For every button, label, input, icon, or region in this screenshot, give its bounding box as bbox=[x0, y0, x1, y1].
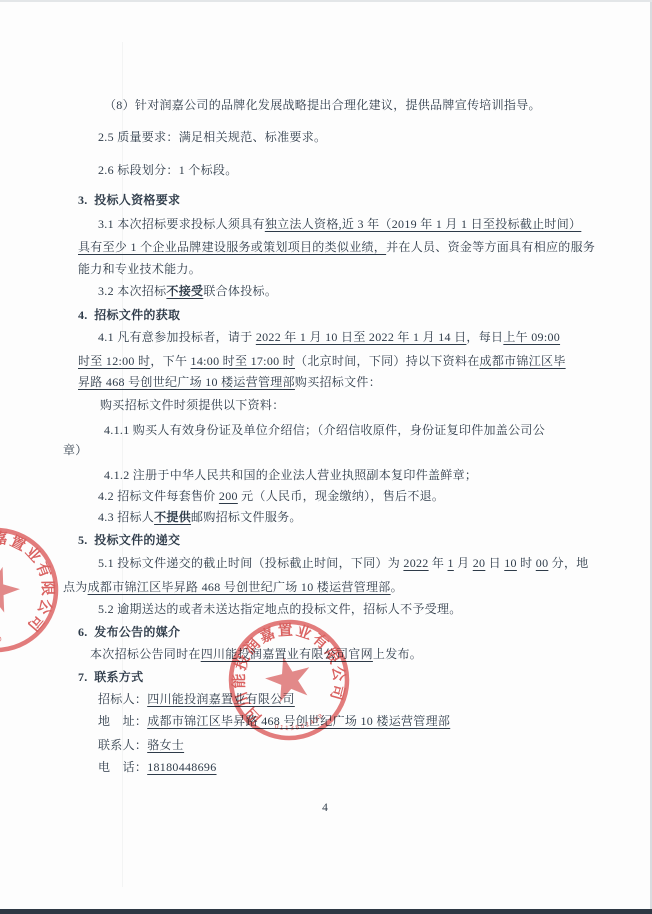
text-run: 招标人： bbox=[98, 692, 147, 706]
text-run: 2022 bbox=[403, 556, 428, 570]
scan-edge-bottom bbox=[0, 909, 652, 914]
text-line-12: 购买招标文件时须提供以下资料： bbox=[100, 397, 285, 413]
text-run: 5.1 投标文件递交的截止时间（投标截止时间，下同）为 bbox=[98, 556, 403, 570]
text-run: 时至 12:00 时 bbox=[78, 354, 150, 368]
text-line-17: 4.3 招标人不提供邮购招标文件服务。 bbox=[98, 509, 302, 525]
text-line-9: 4.1 凡有意参加投标者，请于 2022 年 1 月 10 日至 2022 年 … bbox=[98, 329, 560, 345]
text-run: 独立法人资格,近 3 年（2019 年 1 月 1 日至投标截止时间） bbox=[265, 217, 582, 231]
text-run: 3. 投标人资格要求 bbox=[78, 193, 180, 207]
page-number: 4 bbox=[300, 802, 350, 814]
text-run: 4.3 招标人 bbox=[98, 510, 154, 524]
star-icon bbox=[261, 651, 316, 704]
text-run: ，下午 bbox=[150, 354, 190, 368]
text-run: 200 bbox=[219, 489, 238, 503]
text-run: 上发布。 bbox=[373, 647, 422, 661]
text-line-2: 2.6 标段划分：1 个标段。 bbox=[98, 162, 238, 178]
svg-text:15024380: 15024380 bbox=[0, 625, 5, 648]
text-run: 骆女士 bbox=[147, 738, 184, 752]
text-run: 5. 投标文件的递交 bbox=[78, 533, 180, 547]
text-run: 3.2 本次招标 bbox=[98, 284, 166, 298]
text-run: 时 bbox=[517, 556, 536, 570]
text-run: 联系人： bbox=[98, 738, 147, 752]
text-run: 昇路 468 号创世纪广场 10 楼运营管理部 bbox=[78, 375, 295, 389]
text-run: 20 bbox=[473, 556, 486, 570]
text-run: 2.6 标段划分：1 个标段。 bbox=[98, 163, 238, 177]
text-line-16: 4.2 招标文件每套售价 200 元（人民币，现金缴纳），售后不退。 bbox=[98, 488, 444, 504]
text-line-18: 5. 投标文件的递交 bbox=[78, 532, 180, 548]
text-run: 00 bbox=[536, 556, 549, 570]
text-run: 10 bbox=[504, 556, 517, 570]
text-run: 4.1.1 购买人有效身份证及单位介绍信；（介绍信收原件，身份证复印件加盖公司公 bbox=[104, 423, 545, 437]
text-run: 4.1.2 注册于中华人民共和国的企业法人营业执照副本复印件盖鲜章； bbox=[104, 468, 477, 482]
text-run: 地 址： bbox=[98, 714, 147, 728]
text-run: 日 bbox=[485, 556, 504, 570]
text-run: 。 bbox=[391, 580, 403, 594]
text-line-6: 能力和专业技术能力。 bbox=[78, 261, 201, 277]
text-run: 4.1 凡有意参加投标者，请于 bbox=[98, 330, 256, 344]
text-line-19: 5.1 投标文件递交的截止时间（投标截止时间，下同）为 2022 年 1 月 2… bbox=[98, 555, 589, 571]
text-line-15: 4.1.2 注册于中华人民共和国的企业法人营业执照副本复印件盖鲜章； bbox=[104, 467, 477, 483]
text-line-5: 具有至少 1 个企业品牌建设服务或策划项目的类似业绩，并在人员、资金等方面具有相… bbox=[78, 239, 595, 255]
text-line-24: 7. 联系方式 bbox=[78, 669, 143, 685]
text-run: 4.2 招标文件每套售价 bbox=[98, 489, 219, 503]
text-run: 并在人员、资金等方面具有相应的服务 bbox=[386, 240, 595, 254]
text-run: 14:00 时至 17:00 时 bbox=[191, 354, 295, 368]
text-line-8: 4. 招标文件的获取 bbox=[78, 307, 180, 323]
text-run: 不提供 bbox=[154, 510, 191, 524]
scanned-page: （8）针对润嘉公司的品牌化发展战略提出合理化建议，提供品牌宣传培训指导。2.5 … bbox=[0, 0, 652, 914]
text-line-13: 4.1.1 购买人有效身份证及单位介绍信；（介绍信收原件，身份证复印件加盖公司公 bbox=[104, 422, 545, 438]
text-run: 不接受 bbox=[166, 284, 203, 298]
text-run: 具有至少 1 个企业品牌建设服务或策划项目的类似业绩， bbox=[78, 240, 386, 254]
text-run: 月 bbox=[454, 556, 473, 570]
text-run: 18180448696 bbox=[147, 760, 216, 774]
text-line-3: 3. 投标人资格要求 bbox=[78, 192, 180, 208]
text-line-28: 电 话：18180448696 bbox=[98, 759, 217, 775]
text-line-10: 时至 12:00 时，下午 14:00 时至 17:00 时（北京时间，下同）持… bbox=[78, 353, 566, 369]
text-run: 6. 发布公告的媒介 bbox=[78, 625, 180, 639]
text-run: ，每日 bbox=[466, 330, 503, 344]
text-run: 邮购招标文件服务。 bbox=[191, 510, 302, 524]
text-run: 章） bbox=[63, 443, 88, 457]
text-line-11: 昇路 468 号创世纪广场 10 楼运营管理部购买招标文件： bbox=[78, 374, 381, 390]
text-run: 元（人民币，现金缴纳），售后不退。 bbox=[238, 489, 444, 503]
text-run: 联合体投标。 bbox=[203, 284, 277, 298]
svg-text:0113802438: 0113802438 bbox=[272, 711, 327, 737]
text-run: 4. 招标文件的获取 bbox=[78, 308, 180, 322]
text-line-14: 章） bbox=[63, 442, 88, 458]
text-run: （北京时间，下同）持以下资料在 bbox=[295, 354, 480, 368]
text-run: 上午 09:00 bbox=[503, 330, 560, 344]
text-run: 2.5 质量要求：满足相关规范、标准要求。 bbox=[98, 130, 326, 144]
star-icon bbox=[0, 561, 25, 615]
text-run: 购买招标文件时须提供以下资料： bbox=[100, 398, 285, 412]
text-layer: （8）针对润嘉公司的品牌化发展战略提出合理化建议，提供品牌宣传培训指导。2.5 … bbox=[0, 2, 652, 914]
text-run: （8）针对润嘉公司的品牌化发展战略提出合理化建议，提供品牌宣传培训指导。 bbox=[104, 98, 541, 112]
text-line-20: 点为成都市锦江区毕昇路 468 号创世纪广场 10 楼运营管理部。 bbox=[63, 579, 403, 595]
text-run: 购买招标文件： bbox=[295, 375, 381, 389]
text-line-7: 3.2 本次招标不接受联合体投标。 bbox=[98, 283, 277, 299]
text-run: 成都市锦江区毕昇路 468 号创世纪广场 10 楼运营管理部 bbox=[88, 580, 391, 594]
text-line-1: 2.5 质量要求：满足相关规范、标准要求。 bbox=[98, 129, 326, 145]
text-line-0: （8）针对润嘉公司的品牌化发展战略提出合理化建议，提供品牌宣传培训指导。 bbox=[104, 97, 541, 113]
text-run: 年 bbox=[429, 556, 448, 570]
text-run: 本次招标公告同时在 bbox=[90, 647, 201, 661]
text-line-27: 联系人：骆女士 bbox=[98, 737, 184, 753]
text-line-4: 3.1 本次招标要求投标人须具有独立法人资格,近 3 年（2019 年 1 月 … bbox=[98, 216, 581, 232]
seal-serial-text: 0113802438 bbox=[272, 711, 327, 737]
text-run: 能力和专业技术能力。 bbox=[78, 262, 201, 276]
text-run: 3.1 本次招标要求投标人须具有 bbox=[98, 217, 265, 231]
text-run: 电 话： bbox=[98, 760, 147, 774]
text-run: 分，地 bbox=[548, 556, 588, 570]
text-line-22: 6. 发布公告的媒介 bbox=[78, 624, 180, 640]
text-run: 7. 联系方式 bbox=[78, 670, 143, 684]
text-run: 2022 年 1 月 10 日至 2022 年 1 月 14 日 bbox=[256, 330, 467, 344]
text-run: 成都市锦江区毕 bbox=[480, 354, 566, 368]
seal-serial-text: 15024380 bbox=[0, 625, 5, 648]
